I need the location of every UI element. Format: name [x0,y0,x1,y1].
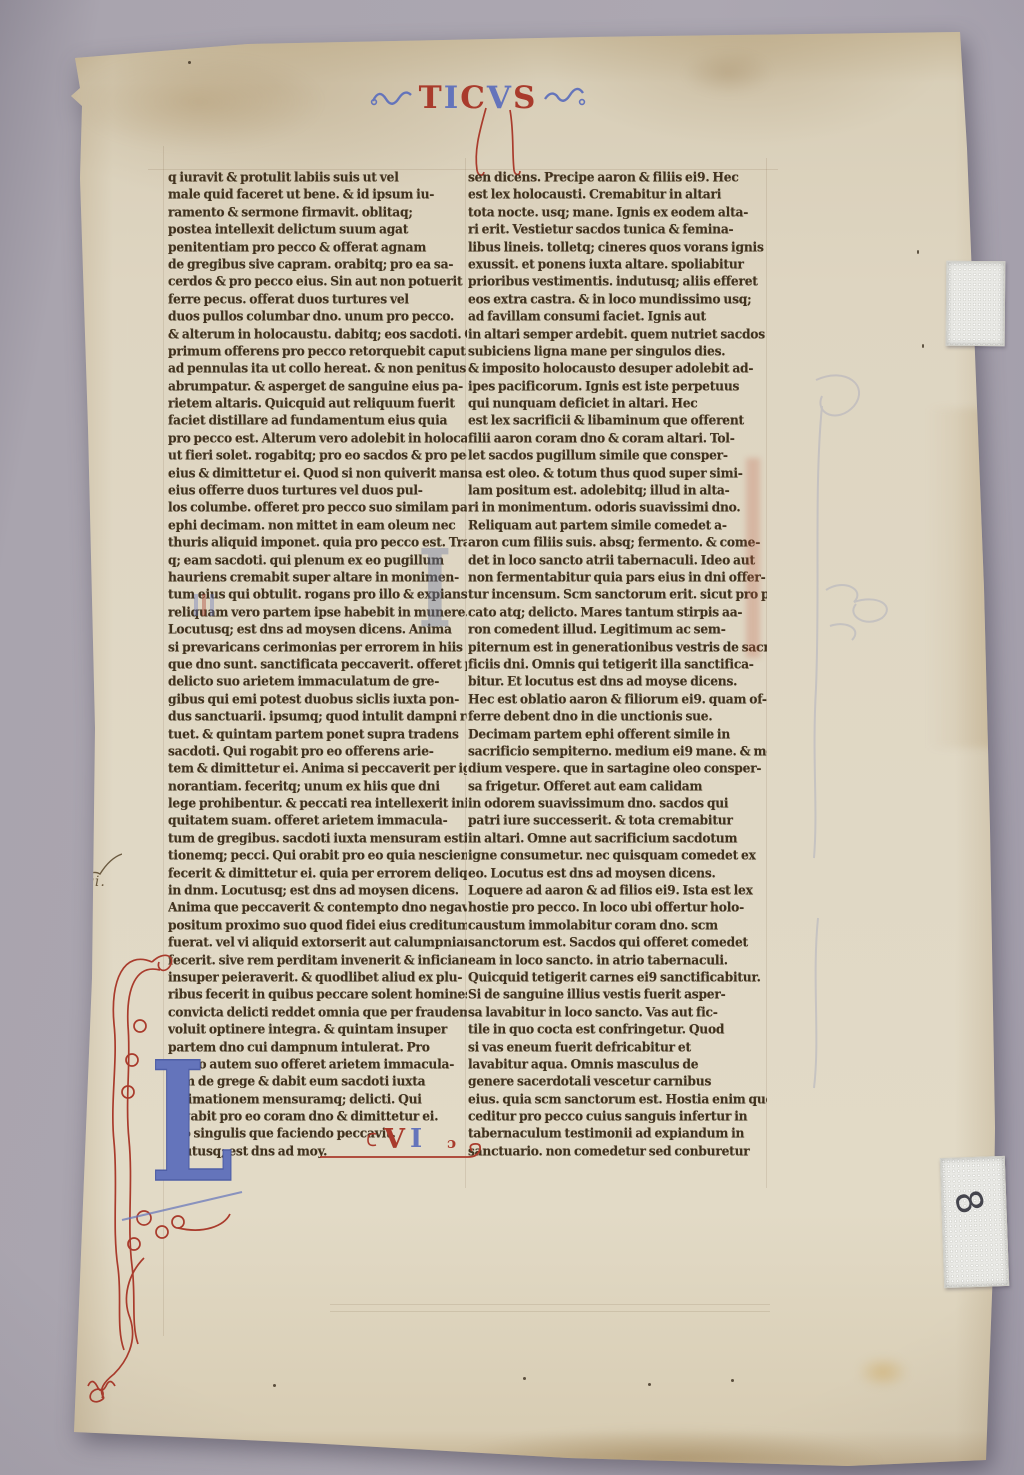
text-line: Reliquam aut partem simile comedet a- [468,516,767,534]
text-line: lavabitur aqua. Omnis masculus de [468,1055,767,1073]
text-line: tota nocte. usq; mane. Ignis ex eodem al… [468,203,767,221]
text-line: fecerit & dimittetur ei. quia per errore… [168,864,467,882]
text-line: det in loco sancto atrii tabernaculi. Id… [468,551,767,569]
chapter-initial-letter: L [150,1025,234,1219]
text-line: & alterum in holocaustu. dabitq; eos sac… [168,325,467,343]
text-line: cerdos & pro pecco eius. Sin aut non pot… [168,272,467,290]
ink-speck [917,250,919,254]
text-line: tile in quo cocta est confringetur. Quod [468,1020,767,1038]
text-line: sacrificio sempiterno. medium ei9 mane. … [468,742,767,760]
header-flourish-right-icon [540,85,586,111]
text-line: let sacdos pugillum simile que consper- [468,446,767,464]
text-line: primum offerens pro pecco retorquebit ca… [168,342,467,360]
text-line: eos extra castra. & in loco mundissimo u… [468,290,767,308]
text-line: patri iure successerit. & tota cremabitu… [468,811,767,829]
text-line: hostie pro pecco. In loco ubi offertur h… [468,898,767,916]
stain-top-left [86,58,366,168]
ink-speck [731,1379,734,1382]
chapter-numeral-i: I [410,1126,422,1152]
text-line: sanctuario. non comedetur sed conburetur [468,1142,767,1160]
chapter-numeral: V I [318,1124,498,1168]
text-line: dium vespere. que in sartagine oleo cons… [468,759,767,777]
text-line: eius & dimittetur ei. Quod si non quiver… [168,464,467,482]
manuscript-leaf-wrap: TICVS q iuravit & protulit labiis suis u… [68,28,1010,1470]
ink-speck [922,344,924,348]
text-line: in altari semper ardebit. quem nutriet s… [468,325,767,343]
left-edge-mark-2: t [74,1158,80,1174]
text-line: libus lineis. tolletq; cineres quos vora… [468,238,767,256]
text-line: in dnm. Locutusq; est dns ad moysen dice… [168,881,467,899]
fabric-tab-bottom: 8 [940,1156,1009,1288]
text-line: cato atq; delicto. Mares tantum stirpis … [468,603,767,621]
running-title-letter: I [444,80,461,116]
text-line: ad pennulas ita ut collo hereat. & non p… [168,359,467,377]
text-line: & imposito holocausto desuper adolebit a… [468,359,767,377]
tab-number: 8 [947,1186,988,1218]
paragraph-mark: ɔ [447,1134,456,1152]
text-line: gibus qui emi potest duobus siclis iuxta… [168,690,467,708]
text-line: ut fieri solet. rogabitq; pro eo sacdos … [168,446,467,464]
text-line: igne consumetur. nec quisquam comedet ex [468,846,767,864]
stain-right-edge [928,408,998,748]
text-line: exussit. et ponens iuxta altare. spoliab… [468,255,767,273]
text-line: ferre pecus. offerat duos turtures vel [168,290,467,308]
text-line: sacdoti. Qui rogabit pro eo offerens ari… [168,742,467,760]
text-line: sen dicens. Precipe aaron & filiis ei9. … [468,168,767,186]
text-line: est lex sacrificii & libaminum que offer… [468,411,767,429]
text-line: ramento & sermone firmavit. oblitaq; [168,203,467,221]
photo-backdrop: TICVS q iuravit & protulit labiis suis u… [0,0,1024,1475]
text-line: sa est oleo. & totum thus quod super sim… [468,464,767,482]
text-line: ri in monimentum. odoris suavissimi dno. [468,498,767,516]
left-edge-mark-1: vr [70,1122,85,1138]
show-through-initial-I: I [418,536,452,644]
manuscript-leaf: TICVS q iuravit & protulit labiis suis u… [68,28,1010,1470]
text-line: lam positum est. adolebitq; illud in alt… [468,481,767,499]
text-line: pro pecco est. Alterum vero adolebit in … [168,429,467,447]
text-line: ceditur pro pecco cuius sanguis infertur… [468,1107,767,1125]
text-line: tem & dimittetur ei. Anima si peccaverit… [168,759,467,777]
show-through-mark [194,594,214,616]
text-line: penitentiam pro pecco & offerat agnam [168,238,467,256]
text-line: aron cum filiis suis. absq; fermento. & … [468,533,767,551]
text-line: est lex holocausti. Cremabitur in altari [468,185,767,203]
text-line: in altari. Omne aut sacrificium sacdotum [468,829,767,847]
header-flourish-left-icon [370,85,416,111]
decorated-initial-L: L [74,928,254,1428]
marginal-note-flourish [82,852,122,882]
text-line: Quicquid tetigerit carnes ei9 sanctifica… [468,968,767,986]
text-line: Hec est oblatio aaron & filiorum ei9. qu… [468,690,767,708]
text-line: subiciens ligna mane per singulos dies. [468,342,767,360]
text-line: si vas eneum fuerit defricabitur et [468,1038,767,1056]
text-line: in odorem suavissimum dno. sacdos qui [468,794,767,812]
text-column-right: sen dicens. Precipe aaron & filiis ei9. … [468,168,767,1170]
text-line: filii aaron coram dno & coram altari. To… [468,429,767,447]
text-line: postea intellexit delictum suum agat [168,220,467,238]
text-line: tum de gregibus. sacdoti iuxta mensuram … [168,829,467,847]
text-line: ad favillam consumi faciet. Ignis aut [468,307,767,325]
text-line: eius. quia scm sanctorum est. Hostia eni… [468,1090,767,1108]
text-line: q iuravit & protulit labiis suis ut vel [168,168,467,186]
text-line: tur incensum. Scm sanctorum erit. sicut … [468,585,767,603]
text-line: sa frigetur. Offeret aut eam calidam [468,777,767,795]
text-line: genere sacerdotali vescetur carnibus [468,1072,767,1090]
ink-speck [188,61,191,64]
text-line: los columbe. offeret pro pecco suo simil… [168,498,467,516]
text-line: bitur. Et locutus est dns ad moyse dicen… [468,672,767,690]
ink-speck [523,1377,526,1380]
text-line: faciet distillare ad fundamentum eius qu… [168,411,467,429]
fabric-tab-top [946,261,1006,347]
stain-top-center [668,48,788,98]
stain-bottom-band [418,1406,918,1464]
text-line: ron comedent illud. Legitimum ac sem- [468,620,767,638]
ink-speck [648,1383,651,1386]
text-line: tabernaculum testimonii ad expiandum in [468,1124,767,1142]
text-line: male quid faceret ut bene. & id ipsum iu… [168,185,467,203]
numeral-flourish [318,1124,498,1168]
text-line: eius offerre duos turtures vel duos pul- [168,481,467,499]
text-line: lege prohibentur. & peccati rea intellex… [168,794,467,812]
text-line: ipes pacificorum. Ignis est iste perpetu… [468,377,767,395]
text-line: qui nunquam deficiet in altari. Hec [468,394,767,412]
ruling-line [330,1304,770,1305]
text-line: eo. Locutus est dns ad moysen dicens. [468,864,767,882]
ruling-line [330,1311,770,1312]
text-line: Loquere ad aaron & ad filios ei9. Ista e… [468,881,767,899]
text-line: tionemq; pecci. Qui orabit pro eo quia n… [168,846,467,864]
ink-speck [273,1384,276,1387]
text-line: norantiam. feceritq; unum ex hiis que dn… [168,777,467,795]
running-title-letter: T [419,80,444,116]
chapter-numeral-v: V [384,1126,405,1153]
text-line: non fermentabitur quia pars eius in dni … [468,568,767,586]
text-line: sa lavabitur in loco sancto. Vas aut fic… [468,1003,767,1021]
text-line: ferre debent dno in die unctionis sue. [468,707,767,725]
text-line: abrumpatur. & asperget de sanguine eius … [168,377,467,395]
text-line: de gregibus sive capram. orabitq; pro ea… [168,255,467,273]
text-line: piternum est in generationibus vestris d… [468,638,767,656]
text-line: duos pullos columbar dno. unum pro pecco… [168,307,467,325]
text-line: ri erit. Vestietur sacdos tunica & femin… [468,220,767,238]
text-line: Decimam partem ephi offerent simile in [468,725,767,743]
text-line: tuet. & quintam partem ponet supra trade… [168,725,467,743]
text-line: rietem altaris. Quicquid aut reliquum fu… [168,394,467,412]
text-line: caustum immolabitur coram dno. scm [468,916,767,934]
text-line: sanctorum est. Sacdos qui offeret comede… [468,933,767,951]
text-line: Anima que peccaverit & contempto dno neg… [168,898,467,916]
text-line: dus sanctuarii. ipsumq; quod intulit dam… [168,707,467,725]
text-line: Si de sanguine illius vestis fuerit aspe… [468,985,767,1003]
text-line: delicto suo arietem immaculatum de gre- [168,672,467,690]
text-line: que dno sunt. sanctificata peccaverit. o… [168,655,467,673]
text-line: quitatem suam. offeret arietem immacula- [168,811,467,829]
text-line: ficiis dni. Omnis qui tetigerit illa san… [468,655,767,673]
stain-yellow-spot [848,1350,918,1394]
text-line: prioribus vestimentis. indutusq; aliis e… [468,272,767,290]
text-line: eam in loco sancto. in atrio tabernaculi… [468,951,767,969]
show-through-penwork-right [756,358,926,1118]
